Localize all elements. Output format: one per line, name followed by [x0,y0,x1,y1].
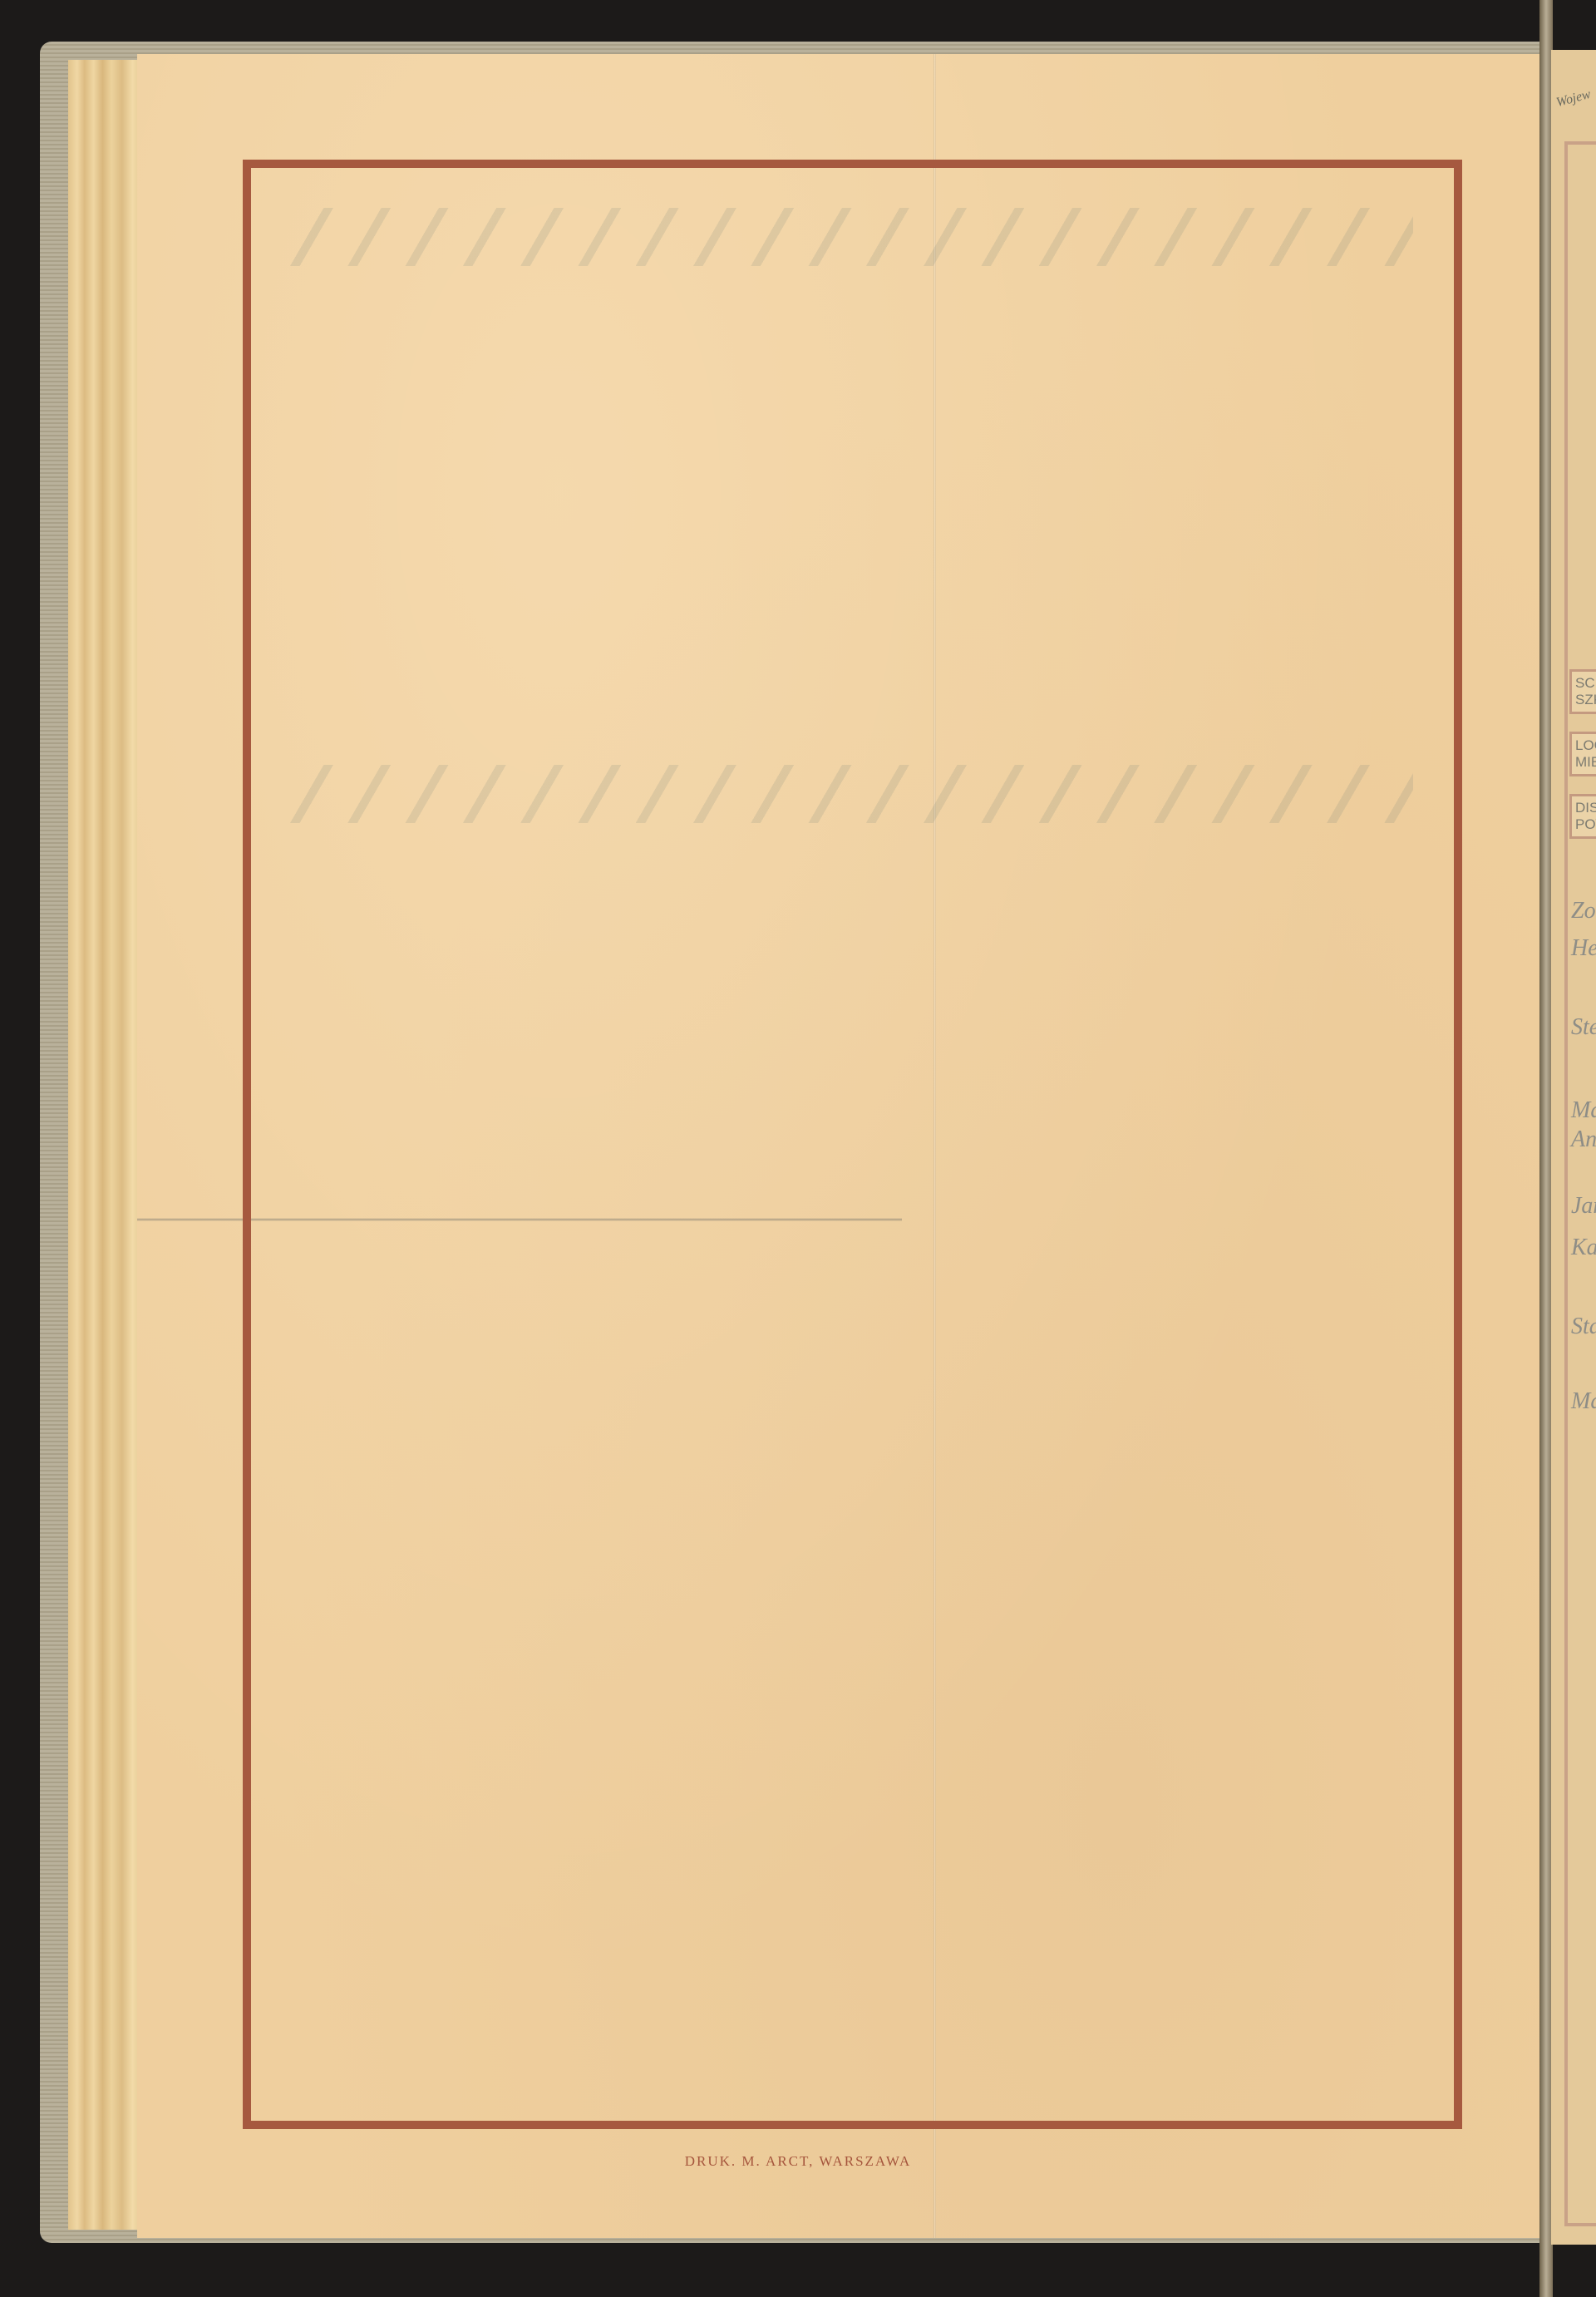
handwritten-name: An [1571,1126,1596,1153]
adjacent-field-district: DIST POW [1569,794,1596,839]
handwritten-name: Ma [1571,1388,1596,1415]
printer-imprint: DRUK. M. ARCT, WARSZAWA [0,2153,1596,2170]
field-label-en: SCHO [1575,675,1596,692]
handwritten-name: Zo [1571,898,1596,924]
handwritten-name: Kal [1571,1235,1596,1261]
page-block-edges [68,60,143,2230]
handwritten-name: Jan [1571,1193,1596,1220]
adjacent-field-school: SCHO SZKO [1569,669,1596,714]
adjacent-header: Wojew [1554,87,1592,111]
adjacent-field-locality: LOCA MIEJ [1569,732,1596,776]
field-label-pl: POW [1575,816,1596,833]
handwritten-name: Ma [1571,1097,1596,1124]
field-label-en: DIST [1575,800,1596,816]
handwritten-name: Sta [1571,1314,1596,1340]
adjacent-frame [1564,141,1596,2226]
field-label-pl: SZKO [1575,692,1596,708]
field-label-pl: MIEJ [1575,754,1596,771]
handwritten-name: Ste [1571,1014,1596,1041]
field-label-en: LOCA [1575,737,1596,754]
adjacent-page: Wojew SCHO SZKO LOCA MIEJ DIST POW Zo He… [1551,50,1596,2245]
page-border-frame [243,160,1462,2129]
handwritten-name: He [1571,935,1596,962]
